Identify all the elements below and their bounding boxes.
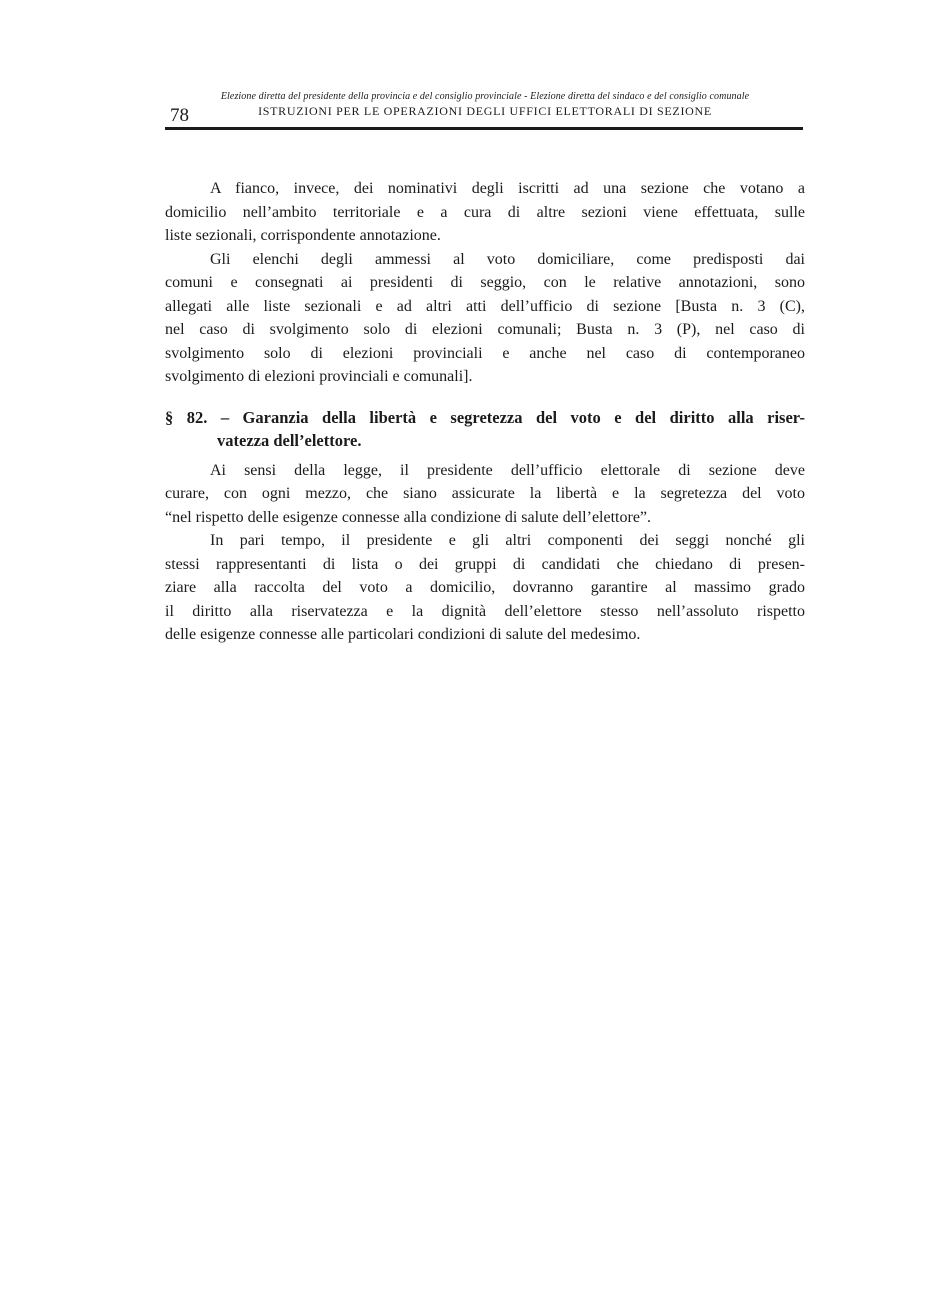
text-line: domicilio nell’ambito territoriale e a c… [165,201,805,225]
paragraph: Gli elenchi degli ammessi al voto domici… [165,248,805,389]
text-line: svolgimento di elezioni provinciali e co… [165,365,805,389]
paragraph: A fianco, invece, dei nominativi degli i… [165,177,805,248]
document-body: A fianco, invece, dei nominativi degli i… [165,177,805,647]
text-line: ziare alla raccolta del voto a domicilio… [165,576,805,600]
page-number: 78 [170,105,189,127]
paragraph: Ai sensi della legge, il presidente dell… [165,459,805,530]
paragraph: In pari tempo, il presidente e gli altri… [165,529,805,647]
running-header: Elezione diretta del presidente della pr… [165,90,805,119]
header-rule [165,127,803,130]
text-line: In pari tempo, il presidente e gli altri… [165,529,805,553]
text-line: comuni e consegnati ai presidenti di seg… [165,271,805,295]
running-header-subtitle: ISTRUZIONI PER LE OPERAZIONI DEGLI UFFIC… [165,104,805,119]
text-line: Gli elenchi degli ammessi al voto domici… [165,248,805,272]
text-line: A fianco, invece, dei nominativi degli i… [165,177,805,201]
text-line: allegati alle liste sezionali e ad altri… [165,295,805,319]
text-line: curare, con ogni mezzo, che siano assicu… [165,482,805,506]
text-line: stessi rappresentanti di lista o dei gru… [165,553,805,577]
text-line: il diritto alla riservatezza e la dignit… [165,600,805,624]
text-line: nel caso di svolgimento solo di elezioni… [165,318,805,342]
text-line: svolgimento solo di elezioni provinciali… [165,342,805,366]
text-line: Ai sensi della legge, il presidente dell… [165,459,805,483]
section-heading: § 82. – Garanzia della libertà e segrete… [165,406,805,453]
running-header-title: Elezione diretta del presidente della pr… [165,90,805,103]
document-page: Elezione diretta del presidente della pr… [0,0,933,1299]
text-line: § 82. – Garanzia della libertà e segrete… [165,406,805,430]
text-line: liste sezionali, corrispondente annotazi… [165,224,805,248]
text-line: delle esigenze connesse alle particolari… [165,623,805,647]
text-line: vatezza dell’elettore. [165,429,805,453]
text-line: “nel rispetto delle esigenze connesse al… [165,506,805,530]
